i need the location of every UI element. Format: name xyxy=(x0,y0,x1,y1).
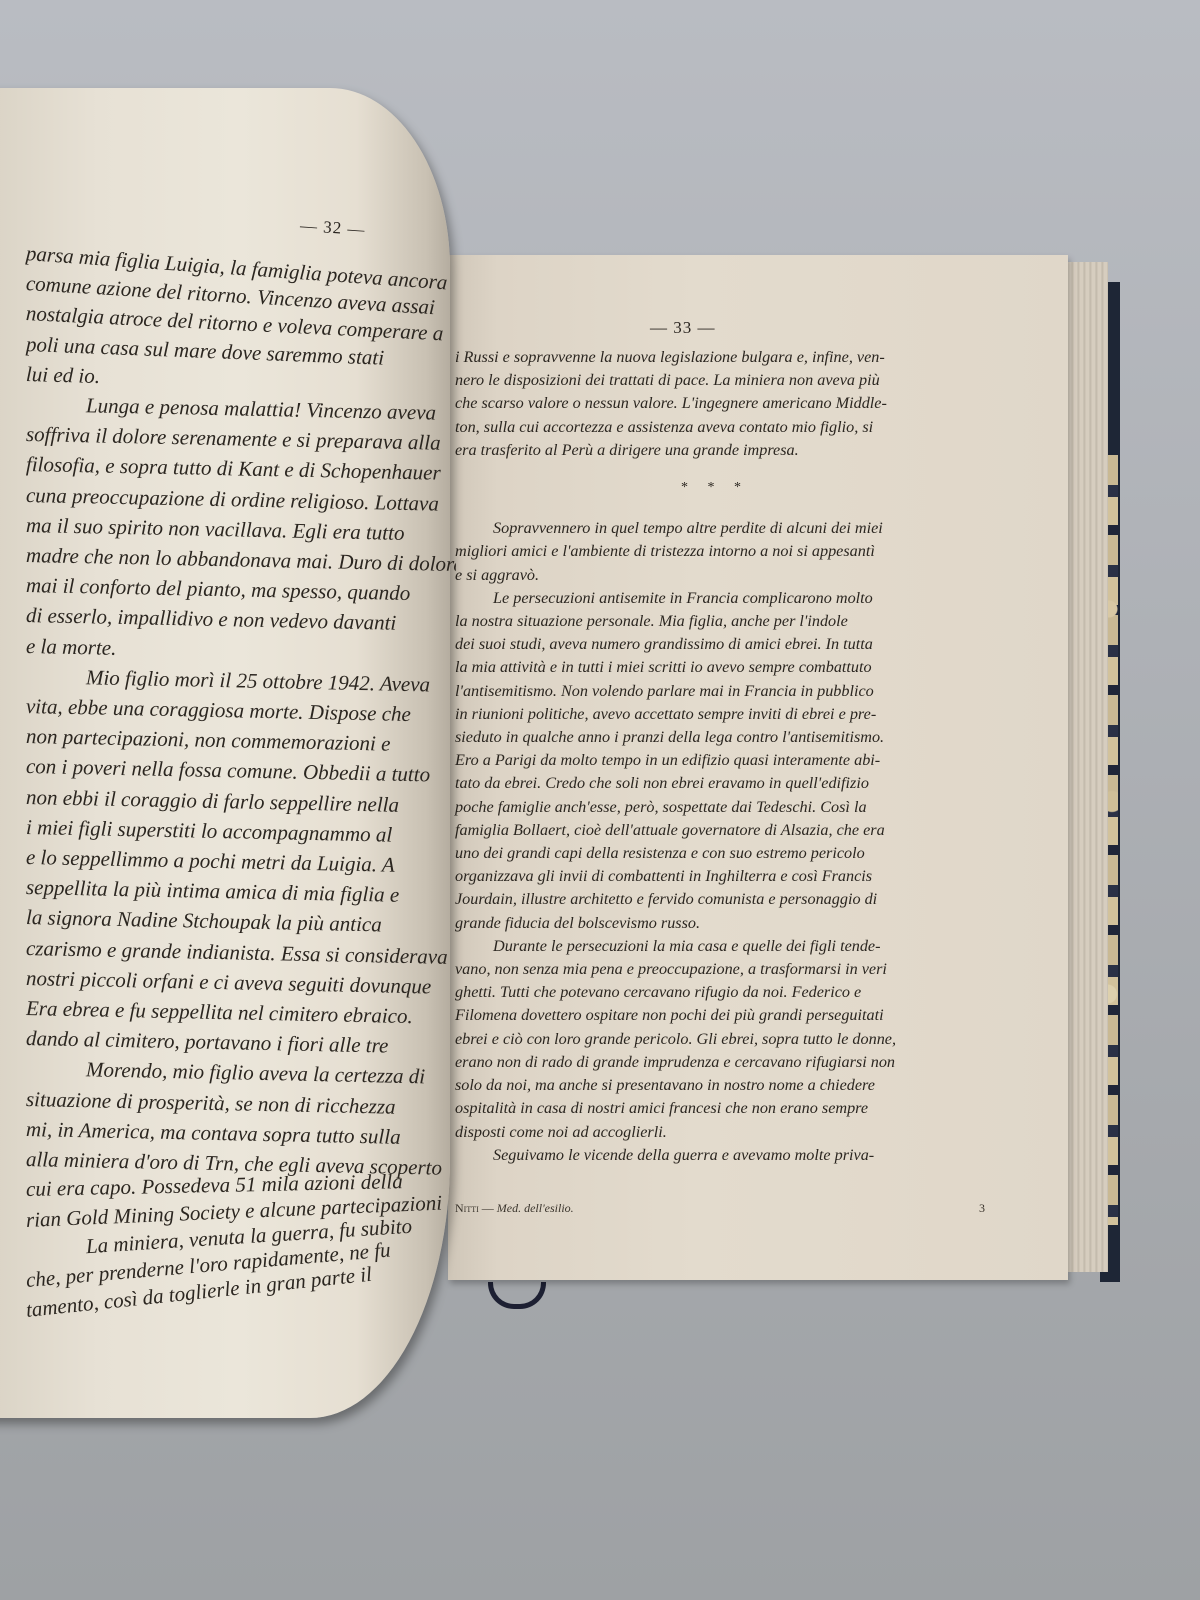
text-line: i Russi e sopravvenne la nuova legislazi… xyxy=(455,346,975,369)
text-line: in riunioni politiche, avevo accettato s… xyxy=(455,703,975,726)
left-page-body: parsa mia figlia Luigia, la famiglia pot… xyxy=(26,238,456,1325)
footer-author: Nitti xyxy=(455,1201,479,1215)
text-line: la mia attività e in tutti i miei scritt… xyxy=(455,656,975,679)
text-line: migliori amici e l'ambiente di tristezza… xyxy=(455,540,975,563)
text-line: famiglia Bollaert, cioè dell'attuale gov… xyxy=(455,819,975,842)
text-line: sieduto in qualche anno i pranzi della l… xyxy=(455,726,975,749)
text-line: Jourdain, illustre architetto e fervido … xyxy=(455,888,975,911)
paragraph-3: Le persecuzioni antisemite in Francia co… xyxy=(455,587,975,935)
text-line: era trasferito al Perù a dirigere una gr… xyxy=(455,439,975,462)
text-line: grande fiducia del bolscevismo russo. xyxy=(455,912,975,935)
text-line: Durante le persecuzioni la mia casa e qu… xyxy=(455,935,975,958)
text-line: Sopravvennero in quel tempo altre perdit… xyxy=(455,517,975,540)
text-line: e si aggravò. xyxy=(455,564,975,587)
paragraph-4: Durante le persecuzioni la mia casa e qu… xyxy=(455,935,975,1144)
text-line: ospitalità in casa di nostri amici franc… xyxy=(455,1097,975,1120)
paragraph-1: i Russi e sopravvenne la nuova legislazi… xyxy=(455,346,975,462)
paragraph-2: Sopravvennero in quel tempo altre perdit… xyxy=(455,517,975,587)
footer-separator: — xyxy=(479,1201,497,1215)
text-line: vano, non senza mia pena e preoccupazion… xyxy=(455,958,975,981)
section-break: * * * xyxy=(455,476,975,499)
text-line: disposti come noi ad accoglierli. xyxy=(455,1121,975,1144)
text-line: ghetti. Tutti che potevano cercavano rif… xyxy=(455,981,975,1004)
signature-mark: 3 xyxy=(979,1201,985,1216)
text-line: ebrei e ciò con loro grande pericolo. Gl… xyxy=(455,1028,975,1051)
text-line: organizzava gli invii di combattenti in … xyxy=(455,865,975,888)
text-line: la nostra situazione personale. Mia figl… xyxy=(455,610,975,633)
right-page-body: i Russi e sopravvenne la nuova legislazi… xyxy=(455,346,975,1167)
text-line: che scarso valore o nessun valore. L'ing… xyxy=(455,392,975,415)
text-line: uno dei grandi capi della resistenza e c… xyxy=(455,842,975,865)
paragraph-5: Seguivamo le vicende della guerra e avev… xyxy=(455,1144,975,1167)
text-line: Le persecuzioni antisemite in Francia co… xyxy=(455,587,975,610)
text-line: poche famiglie anch'esse, però, sospetta… xyxy=(455,796,975,819)
text-line: Ero a Parigi da molto tempo in un edifiz… xyxy=(455,749,975,772)
bookmark-ribbon xyxy=(488,1282,546,1309)
text-line: dei suoi studi, aveva numero grandissimo… xyxy=(455,633,975,656)
text-line: erano non di rado di grande imprudenza e… xyxy=(455,1051,975,1074)
page-footer: Nitti — Med. dell'esilio. 3 xyxy=(455,1201,985,1216)
page-block-edges xyxy=(1068,262,1108,1272)
text-line: tato da ebrei. Credo che soli non ebrei … xyxy=(455,772,975,795)
text-line: ton, sulla cui accortezza e assistenza a… xyxy=(455,416,975,439)
photo-scene: — 33 — i Russi e sopravvenne la nuova le… xyxy=(0,0,1200,1600)
text-line: l'antisemitismo. Non volendo parlare mai… xyxy=(455,680,975,703)
right-page-number: — 33 — xyxy=(650,318,716,338)
text-line: Filomena dovettero ospitare non pochi de… xyxy=(455,1004,975,1027)
text-line: solo da noi, ma anche si presentavano in… xyxy=(455,1074,975,1097)
text-line: Seguivamo le vicende della guerra e avev… xyxy=(455,1144,975,1167)
text-line: nero le disposizioni dei trattati di pac… xyxy=(455,369,975,392)
footer-title: Med. dell'esilio. xyxy=(497,1201,574,1215)
